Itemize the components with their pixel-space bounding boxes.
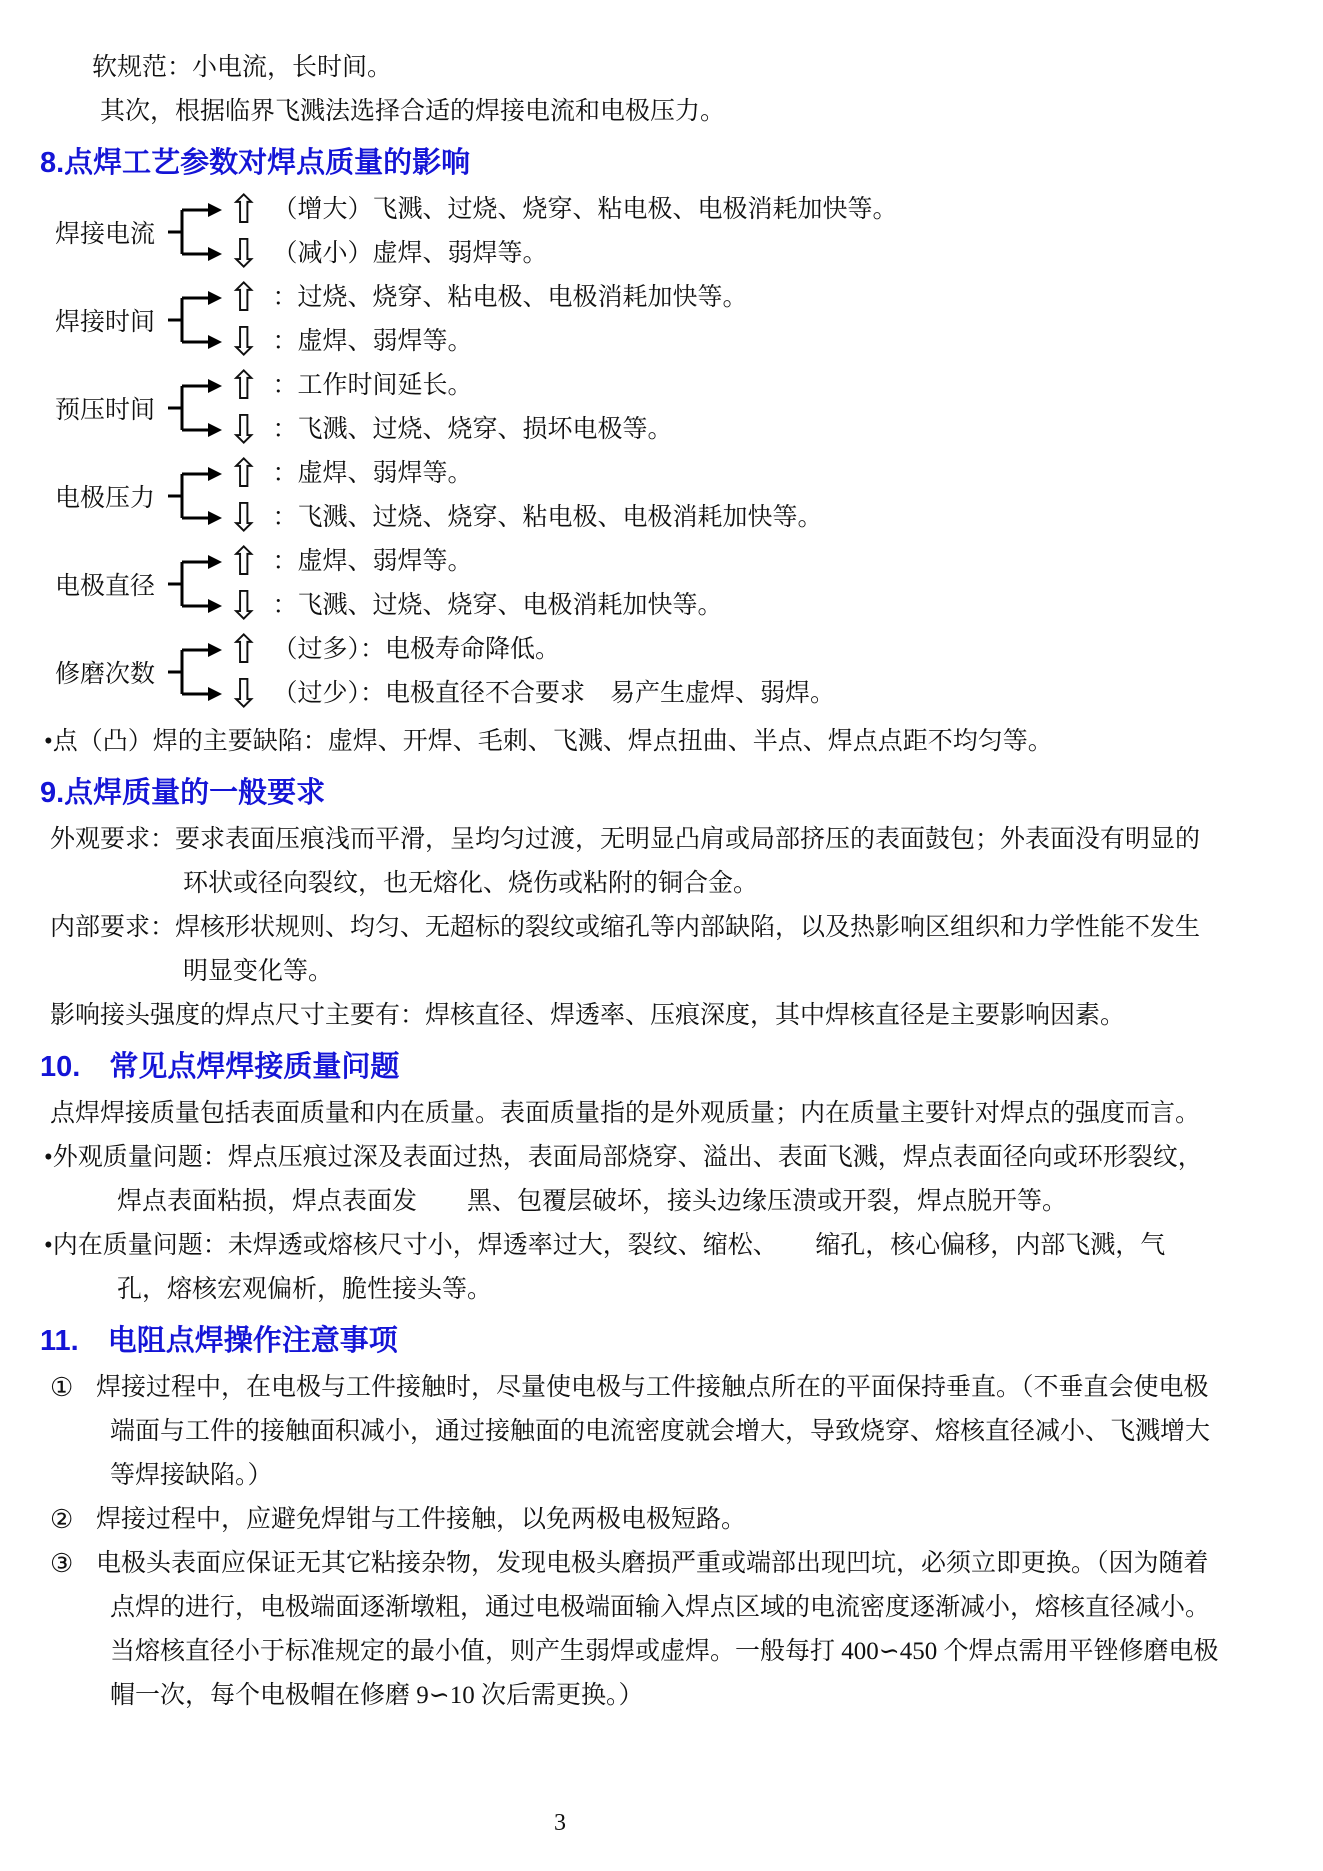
decrease-branch: ⇩ ：飞溅、过烧、烧穿、粘电极、电极消耗加快等。 [227, 496, 1323, 540]
decrease-effect-text: ：飞溅、过烧、烧穿、损坏电极等。 [273, 408, 673, 452]
text-line: 明显变化等。 [183, 950, 1323, 994]
page-number: 3 [0, 1810, 1120, 1837]
diagram-row: 焊接电流 ⇧ （增大）飞溅、过烧、烧穿、粘电极、电极消耗加快等。 ⇩ （减小）虚… [55, 188, 1323, 276]
bracket-arrows-icon [167, 452, 227, 540]
note-lines: 焊接过程中，应避免焊钳与工件接触，以免两极电极短路。 [96, 1498, 746, 1542]
decrease-branch: ⇩ ：虚焊、弱焊等。 [227, 320, 1323, 364]
text-line: 外观要求：要求表面压痕浅而平滑，呈均匀过渡，无明显凸肩或局部挤压的表面鼓包；外表… [50, 818, 1323, 862]
down-arrow-icon: ⇩ [227, 496, 261, 540]
increase-branch: ⇧ （过多）：电极寿命降低。 [227, 628, 1323, 672]
up-arrow-icon: ⇧ [227, 188, 261, 232]
diagram-row: 焊接时间 ⇧ ：过烧、烧穿、粘电极、电极消耗加快等。 ⇩ ：虚焊、弱焊等。 [55, 276, 1323, 364]
bullet-line: •点（凸）焊的主要缺陷：虚焊、开焊、毛刺、飞溅、焊点扭曲、半点、焊点点距不均匀等… [44, 720, 1323, 764]
document-page: 软规范：小电流，长时间。 其次，根据临界飞溅法选择合适的焊接电流和电极压力。 8… [0, 0, 1323, 1871]
parameter-label: 预压时间 [55, 390, 167, 426]
note-marker: ① [50, 1366, 96, 1498]
increase-branch: ⇧ ：虚焊、弱焊等。 [227, 540, 1323, 584]
note-lines: 焊接过程中，在电极与工件接触时，尽量使电极与工件接触点所在的平面保持垂直。（不垂… [96, 1366, 1210, 1498]
text-line: 等焊接缺陷。） [110, 1454, 1210, 1498]
up-arrow-icon: ⇧ [227, 628, 261, 672]
increase-branch: ⇧ ：工作时间延长。 [227, 364, 1323, 408]
parameter-effect-diagram: 焊接电流 ⇧ （增大）飞溅、过烧、烧穿、粘电极、电极消耗加快等。 ⇩ （减小）虚… [55, 188, 1323, 716]
up-arrow-icon: ⇧ [227, 364, 261, 408]
down-arrow-icon: ⇩ [227, 408, 261, 452]
bracket-arrows-icon [167, 364, 227, 452]
increase-effect-text: ：工作时间延长。 [273, 364, 473, 408]
diagram-row: 预压时间 ⇧ ：工作时间延长。 ⇩ ：飞溅、过烧、烧穿、损坏电极等。 [55, 364, 1323, 452]
text-line: 影响接头强度的焊点尺寸主要有：焊核直径、焊透率、压痕深度，其中焊核直径是主要影响… [50, 994, 1323, 1038]
note-lines: 电极头表面应保证无其它粘接杂物，发现电极头磨损严重或端部出现凹坑，必须立即更换。… [96, 1542, 1218, 1718]
text-line: 端面与工件的接触面积减小，通过接触面的电流密度就会增大，导致烧穿、熔核直径减小、… [110, 1410, 1210, 1454]
bullet-line: •外观质量问题：焊点压痕过深及表面过热，表面局部烧穿、溢出、表面飞溅，焊点表面径… [44, 1136, 1323, 1180]
down-arrow-icon: ⇩ [227, 232, 261, 276]
decrease-branch: ⇩ ：飞溅、过烧、烧穿、电极消耗加快等。 [227, 584, 1323, 628]
increase-effect-text: （增大）飞溅、过烧、烧穿、粘电极、电极消耗加快等。 [273, 188, 898, 232]
text-line: 焊点表面粘损，焊点表面发 黑、包覆层破坏，接头边缘压溃或开裂，焊点脱开等。 [117, 1180, 1323, 1224]
section-10-heading: 10. 常见点焊焊接质量问题 [40, 1046, 1323, 1088]
section-11-heading: 11. 电阻点焊操作注意事项 [40, 1320, 1323, 1362]
down-arrow-icon: ⇩ [227, 672, 261, 716]
decrease-effect-text: ：虚焊、弱焊等。 [273, 320, 473, 364]
bracket-arrows-icon [167, 540, 227, 628]
text-line: 点焊的进行，电极端面逐渐墩粗，通过电极端面输入焊点区域的电流密度逐渐减小，熔核直… [110, 1586, 1218, 1630]
parameter-label: 焊接时间 [55, 302, 167, 338]
increase-effect-text: （过多）：电极寿命降低。 [273, 628, 561, 672]
text-line: 当熔核直径小于标准规定的最小值，则产生弱焊或虚焊。一般每打 400∽450 个焊… [110, 1630, 1218, 1674]
decrease-effect-text: （过少）：电极直径不合要求 易产生虚焊、弱焊。 [273, 672, 836, 716]
text-line: 焊接过程中，在电极与工件接触时，尽量使电极与工件接触点所在的平面保持垂直。（不垂… [96, 1366, 1210, 1410]
bracket-arrows-icon [167, 188, 227, 276]
bracket-arrows-icon [167, 628, 227, 716]
text-line: 内部要求：焊核形状规则、均匀、无超标的裂纹或缩孔等内部缺陷，以及热影响区组织和力… [50, 906, 1323, 950]
note-item: ① 焊接过程中，在电极与工件接触时，尽量使电极与工件接触点所在的平面保持垂直。（… [50, 1366, 1323, 1498]
parameter-label: 电极压力 [55, 478, 167, 514]
section-8-heading: 8.点焊工艺参数对焊点质量的影响 [40, 142, 1323, 184]
parameter-label: 焊接电流 [55, 214, 167, 250]
note-item: ② 焊接过程中，应避免焊钳与工件接触，以免两极电极短路。 [50, 1498, 1323, 1542]
increase-branch: ⇧ ：虚焊、弱焊等。 [227, 452, 1323, 496]
increase-branch: ⇧ （增大）飞溅、过烧、烧穿、粘电极、电极消耗加快等。 [227, 188, 1323, 232]
down-arrow-icon: ⇩ [227, 584, 261, 628]
note-marker: ③ [50, 1542, 96, 1718]
increase-effect-text: ：虚焊、弱焊等。 [273, 540, 473, 584]
note-marker: ② [50, 1498, 96, 1542]
decrease-effect-text: （减小）虚焊、弱焊等。 [273, 232, 548, 276]
note-item: ③ 电极头表面应保证无其它粘接杂物，发现电极头磨损严重或端部出现凹坑，必须立即更… [50, 1542, 1323, 1718]
text-line: 帽一次，每个电极帽在修磨 9∽10 次后需更换。） [110, 1674, 1218, 1718]
intro-line-2: 其次，根据临界飞溅法选择合适的焊接电流和电极压力。 [100, 90, 1323, 134]
text-line: 孔，熔核宏观偏析，脆性接头等。 [117, 1268, 1323, 1312]
bullet-line: •内在质量问题：未焊透或熔核尺寸小，焊透率过大，裂纹、缩松、 缩孔，核心偏移，内… [44, 1224, 1323, 1268]
up-arrow-icon: ⇧ [227, 276, 261, 320]
intro-line-1: 软规范：小电流，长时间。 [92, 46, 1323, 90]
decrease-branch: ⇩ （减小）虚焊、弱焊等。 [227, 232, 1323, 276]
increase-branch: ⇧ ：过烧、烧穿、粘电极、电极消耗加快等。 [227, 276, 1323, 320]
bracket-arrows-icon [167, 276, 227, 364]
diagram-row: 修磨次数 ⇧ （过多）：电极寿命降低。 ⇩ （过少）：电极直径不合要求 易产生虚… [55, 628, 1323, 716]
text-line: 焊接过程中，应避免焊钳与工件接触，以免两极电极短路。 [96, 1498, 746, 1542]
parameter-label: 修磨次数 [55, 654, 167, 690]
diagram-row: 电极压力 ⇧ ：虚焊、弱焊等。 ⇩ ：飞溅、过烧、烧穿、粘电极、电极消耗加快等。 [55, 452, 1323, 540]
text-line: 点焊焊接质量包括表面质量和内在质量。表面质量指的是外观质量；内在质量主要针对焊点… [50, 1092, 1323, 1136]
up-arrow-icon: ⇧ [227, 452, 261, 496]
section-9-heading: 9.点焊质量的一般要求 [40, 772, 1323, 814]
decrease-effect-text: ：飞溅、过烧、烧穿、粘电极、电极消耗加快等。 [273, 496, 823, 540]
decrease-branch: ⇩ （过少）：电极直径不合要求 易产生虚焊、弱焊。 [227, 672, 1323, 716]
diagram-row: 电极直径 ⇧ ：虚焊、弱焊等。 ⇩ ：飞溅、过烧、烧穿、电极消耗加快等。 [55, 540, 1323, 628]
decrease-effect-text: ：飞溅、过烧、烧穿、电极消耗加快等。 [273, 584, 723, 628]
parameter-label: 电极直径 [55, 566, 167, 602]
increase-effect-text: ：过烧、烧穿、粘电极、电极消耗加快等。 [273, 276, 748, 320]
increase-effect-text: ：虚焊、弱焊等。 [273, 452, 473, 496]
decrease-branch: ⇩ ：飞溅、过烧、烧穿、损坏电极等。 [227, 408, 1323, 452]
up-arrow-icon: ⇧ [227, 540, 261, 584]
text-line: 环状或径向裂纹，也无熔化、烧伤或粘附的铜合金。 [183, 862, 1323, 906]
down-arrow-icon: ⇩ [227, 320, 261, 364]
text-line: 电极头表面应保证无其它粘接杂物，发现电极头磨损严重或端部出现凹坑，必须立即更换。… [96, 1542, 1218, 1586]
